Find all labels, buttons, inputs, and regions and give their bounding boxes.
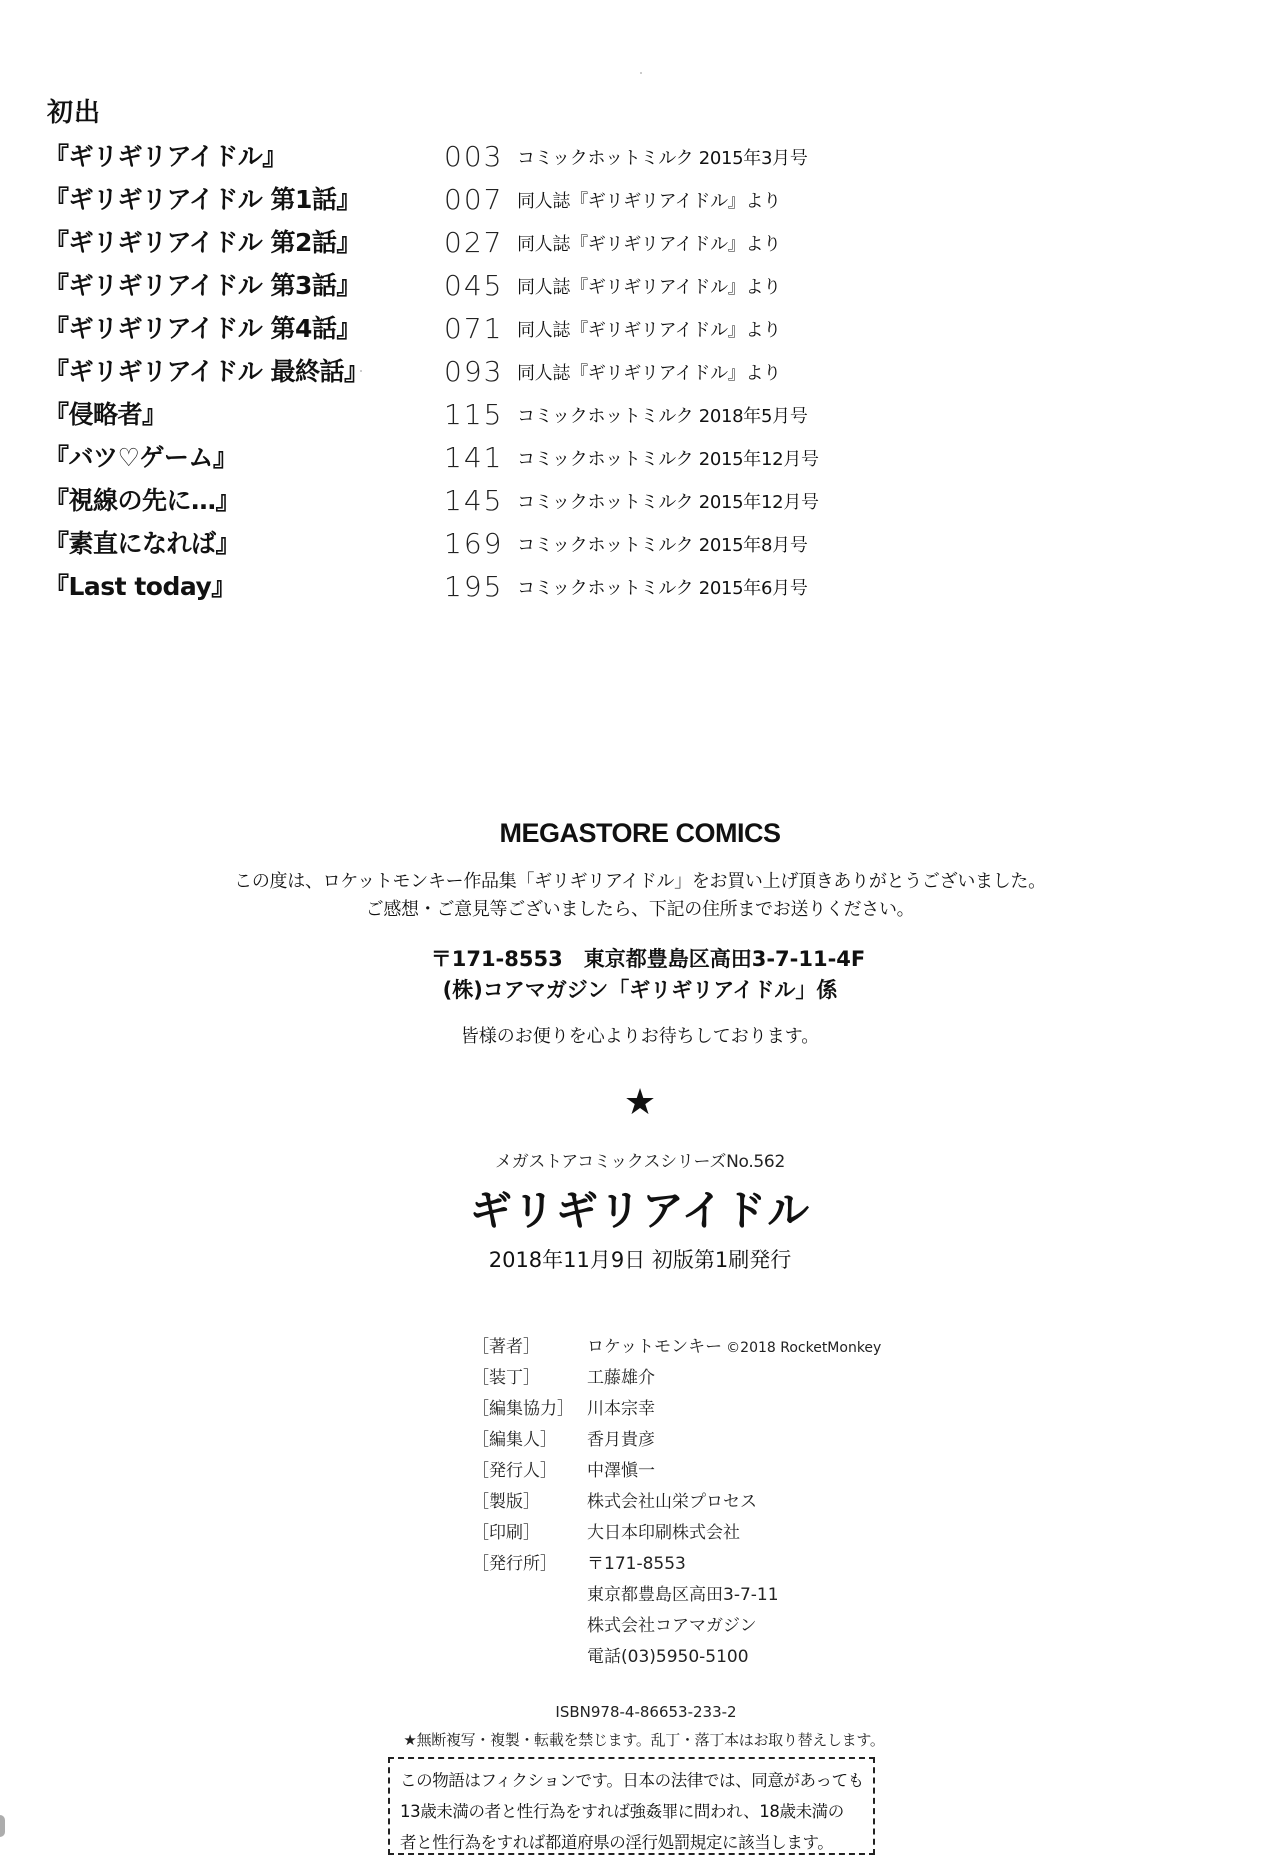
mailing-address: 〒171-8553 東京都豊島区高田3-7-11-4F: [0, 943, 1280, 973]
list-item: 『Last today』 195 コミックホットミルク 2015年6月号: [0, 567, 1280, 607]
source-publication: コミックホットミルク 2015年12月号: [517, 483, 819, 523]
credit-row: ［発行人］ 中澤愼一: [0, 1456, 1280, 1486]
list-item: 『素直になれば』 169 コミックホットミルク 2015年8月号: [0, 524, 1280, 564]
list-item: 『バツ♡ゲーム』 141 コミックホットミルク 2015年12月号: [0, 438, 1280, 478]
story-title: 『ギリギリアイドル 第3話』: [44, 266, 361, 306]
page-number: 027: [444, 223, 503, 263]
list-item: 『ギリギリアイドル』 003 コミックホットミルク 2015年3月号: [0, 137, 1280, 177]
author-name: ロケットモンキー: [587, 1337, 722, 1357]
credit-label: ［発行人］: [472, 1456, 557, 1486]
brand-logo-text: MEGASTORE COMICS: [0, 818, 1280, 849]
credit-value: 東京都豊島区高田3-7-11: [587, 1580, 779, 1610]
publisher-address-line: 東京都豊島区高田3-7-11: [0, 1580, 1280, 1610]
copyright-notice: ©2018 RocketMonkey: [726, 1340, 881, 1356]
publisher-address-line: 電話(03)5950-5100: [0, 1642, 1280, 1672]
scan-artifact: [640, 72, 642, 74]
source-publication: コミックホットミルク 2015年6月号: [517, 569, 808, 609]
scan-artifact: [360, 370, 362, 372]
list-item: 『ギリギリアイドル 第4話』 071 同人誌『ギリギリアイドル』より: [0, 309, 1280, 349]
page-number: 045: [444, 266, 503, 306]
list-item: 『ギリギリアイドル 第3話』 045 同人誌『ギリギリアイドル』より: [0, 266, 1280, 306]
first-appearance-heading: 初出: [47, 92, 101, 129]
credit-label: ［著者］: [472, 1332, 540, 1362]
isbn: ISBN978-4-86653-233-2: [0, 1703, 1280, 1721]
source-publication: 同人誌『ギリギリアイドル』より: [517, 311, 781, 351]
source-publication: コミックホットミルク 2018年5月号: [517, 397, 808, 437]
credit-value: 大日本印刷株式会社: [587, 1518, 740, 1548]
star-icon: ★: [0, 1083, 1280, 1123]
source-publication: 同人誌『ギリギリアイドル』より: [517, 225, 781, 265]
credit-row: ［編集協力］ 川本宗幸: [0, 1394, 1280, 1424]
credit-value: ロケットモンキー©2018 RocketMonkey: [587, 1332, 881, 1363]
publisher-address-line: 株式会社コアマガジン: [0, 1611, 1280, 1641]
credit-label: ［編集人］: [472, 1425, 557, 1455]
list-item: 『ギリギリアイドル 最終話』 093 同人誌『ギリギリアイドル』より: [0, 352, 1280, 392]
source-publication: コミックホットミルク 2015年8月号: [517, 526, 808, 566]
story-title: 『ギリギリアイドル 第1話』: [44, 180, 361, 220]
story-title: 『ギリギリアイドル 第4話』: [44, 309, 361, 349]
credit-value: 電話(03)5950-5100: [587, 1642, 749, 1672]
disclaimer-line: この物語はフィクションです。日本の法律では、同意があっても: [400, 1765, 865, 1796]
disclaimer-line: 13歳未満の者と性行為をすれば強姦罪に問われ、18歳未満の: [400, 1796, 865, 1827]
copy-notice: ★無断複写・複製・転載を禁じます。乱丁・落丁本はお取り替えします。: [0, 1729, 1280, 1750]
mailing-recipient: (株)コアマガジン「ギリギリアイドル」係: [0, 974, 1280, 1004]
feedback-request: ご感想・ご意見等ございましたら、下記の住所までお送りください。: [0, 895, 1280, 921]
page-number: 115: [444, 395, 503, 435]
source-publication: 同人誌『ギリギリアイドル』より: [517, 182, 781, 222]
story-title: 『バツ♡ゲーム』: [44, 438, 237, 478]
credit-row: ［製版］ 株式会社山栄プロセス: [0, 1487, 1280, 1517]
scan-artifact: [0, 1815, 5, 1837]
credit-label: ［編集協力］: [472, 1394, 574, 1424]
page-number: 071: [444, 309, 503, 349]
disclaimer-box: この物語はフィクションです。日本の法律では、同意があっても 13歳未満の者と性行…: [388, 1757, 875, 1855]
credit-value: 工藤雄介: [587, 1363, 655, 1393]
credit-row: ［著者］ ロケットモンキー©2018 RocketMonkey: [0, 1332, 1280, 1362]
story-title: 『Last today』: [44, 567, 236, 607]
credit-value: 香月貴彦: [587, 1425, 655, 1455]
credit-row: ［印刷］ 大日本印刷株式会社: [0, 1518, 1280, 1548]
page-number: 007: [444, 180, 503, 220]
credit-label: ［発行所］: [472, 1549, 557, 1579]
credit-row: ［発行所］ 〒171-8553: [0, 1549, 1280, 1579]
publication-date: 2018年11月9日 初版第1刷発行: [0, 1244, 1280, 1274]
source-publication: 同人誌『ギリギリアイドル』より: [517, 268, 781, 308]
story-title: 『ギリギリアイドル 第2話』: [44, 223, 361, 263]
page-number: 145: [444, 481, 503, 521]
credit-value: 中澤愼一: [587, 1456, 655, 1486]
page-number: 003: [444, 137, 503, 177]
credit-label: ［印刷］: [472, 1518, 540, 1548]
credit-value: 株式会社山栄プロセス: [587, 1487, 757, 1517]
credit-value: 〒171-8553: [587, 1549, 686, 1579]
series-number: メガストアコミックスシリーズNo.562: [0, 1147, 1280, 1172]
credit-label: ［製版］: [472, 1487, 540, 1517]
credit-value: 株式会社コアマガジン: [587, 1611, 757, 1641]
story-title: 『ギリギリアイドル 最終話』: [44, 352, 368, 392]
story-title: 『視線の先に…』: [44, 481, 240, 521]
story-title: 『素直になれば』: [44, 524, 240, 564]
book-title: ギリギリアイドル: [0, 1178, 1280, 1238]
list-item: 『ギリギリアイドル 第1話』 007 同人誌『ギリギリアイドル』より: [0, 180, 1280, 220]
page-number: 195: [444, 567, 503, 607]
credit-label: ［装丁］: [472, 1363, 540, 1393]
page-number: 093: [444, 352, 503, 392]
credit-row: ［装丁］ 工藤雄介: [0, 1363, 1280, 1393]
story-title: 『侵略者』: [44, 395, 167, 435]
closing-message: 皆様のお便りを心よりお待ちしております。: [0, 1022, 1280, 1048]
list-item: 『視線の先に…』 145 コミックホットミルク 2015年12月号: [0, 481, 1280, 521]
disclaimer-line: 者と性行為をすれば都道府県の淫行処罰規定に該当します。: [400, 1827, 865, 1858]
list-item: 『侵略者』 115 コミックホットミルク 2018年5月号: [0, 395, 1280, 435]
page-number: 141: [444, 438, 503, 478]
credit-value: 川本宗幸: [587, 1394, 655, 1424]
credit-row: ［編集人］ 香月貴彦: [0, 1425, 1280, 1455]
thanks-message: この度は、ロケットモンキー作品集「ギリギリアイドル」をお買い上げ頂きありがとうご…: [0, 867, 1280, 893]
source-publication: コミックホットミルク 2015年3月号: [517, 139, 808, 179]
source-publication: 同人誌『ギリギリアイドル』より: [517, 354, 781, 394]
list-item: 『ギリギリアイドル 第2話』 027 同人誌『ギリギリアイドル』より: [0, 223, 1280, 263]
story-title: 『ギリギリアイドル』: [44, 137, 287, 177]
page-number: 169: [444, 524, 503, 564]
source-publication: コミックホットミルク 2015年12月号: [517, 440, 819, 480]
